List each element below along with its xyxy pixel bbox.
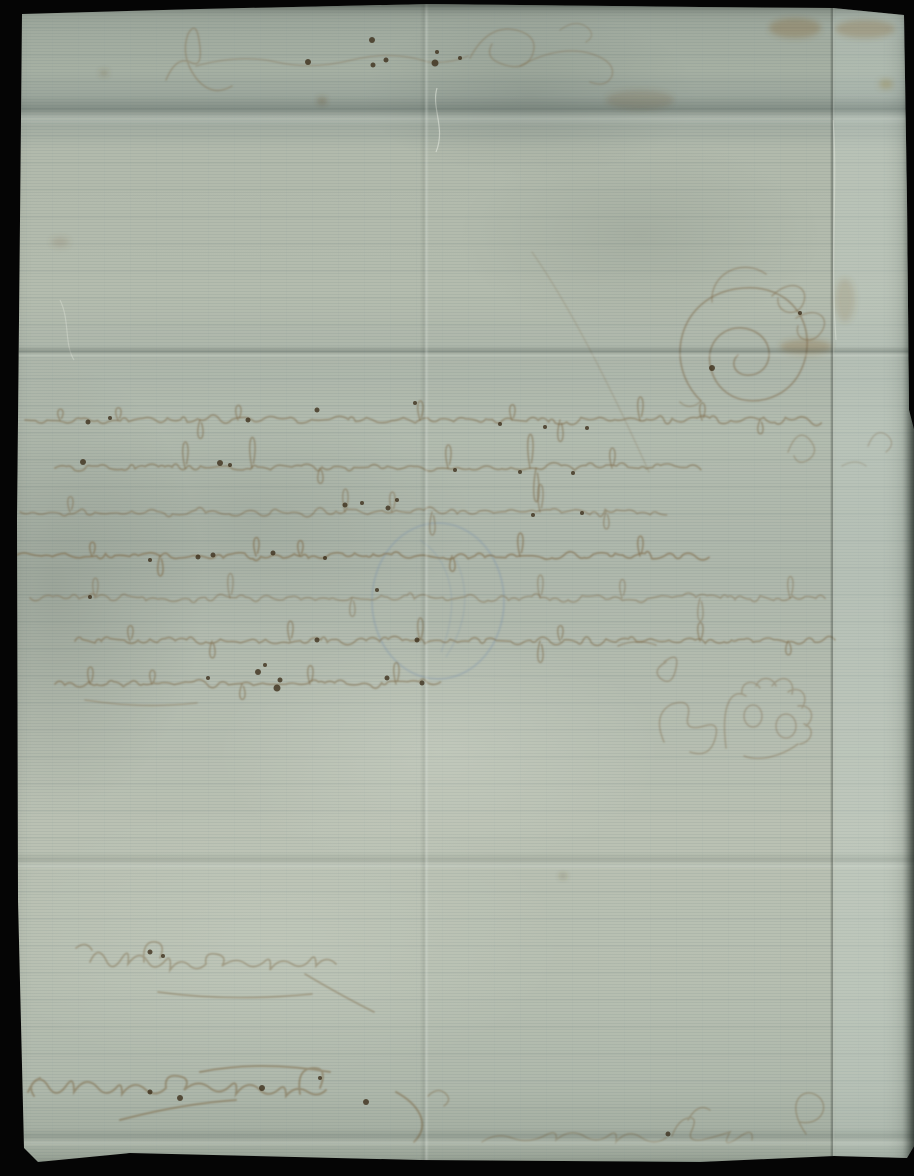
signature-bottom-line [428,1090,824,1142]
monogram-loop-a [744,705,762,727]
line6-tail-loop [657,657,677,681]
bleedthrough-text-line [55,679,440,688]
signature-upper [76,942,374,1012]
top-rubric-wave [196,55,468,66]
scanner-background [0,0,914,1176]
top-rubric-loop [166,28,232,90]
ink-blot-group [80,37,802,1137]
big-spiral-hook [680,401,701,406]
bleedthrough-text-line [20,507,667,517]
diagonal-hairline [532,252,649,472]
ink-bleedthrough-layer [0,0,914,1176]
bleedthrough-text-line [55,463,701,471]
bleedthrough-text-line [15,552,709,561]
top-rubric-curl-2 [520,51,613,84]
manuscript-page [0,0,914,1176]
crease-crackle-group [60,88,836,360]
watermark-circle [372,523,504,679]
flourish-group [85,23,892,758]
bleedthrough-text-line [30,593,825,603]
top-rubric-curl-1 [470,29,534,67]
right-margin-curl-1 [788,435,815,462]
top-rubric-curl-3 [560,23,592,42]
line6-tail-stroke [618,642,656,646]
monogram-right [725,679,812,759]
signature-lower [28,1066,422,1142]
monogram-left [660,703,717,754]
monogram-loop-b [776,714,796,738]
line7-underline [85,700,197,705]
right-margin-dash [842,462,866,466]
stain-group [51,18,895,878]
bleedthrough-text-block [15,397,835,699]
big-spiral-top-curl [712,267,766,302]
right-margin-curl-2 [868,433,892,452]
bleedthrough-text-line [75,636,835,645]
